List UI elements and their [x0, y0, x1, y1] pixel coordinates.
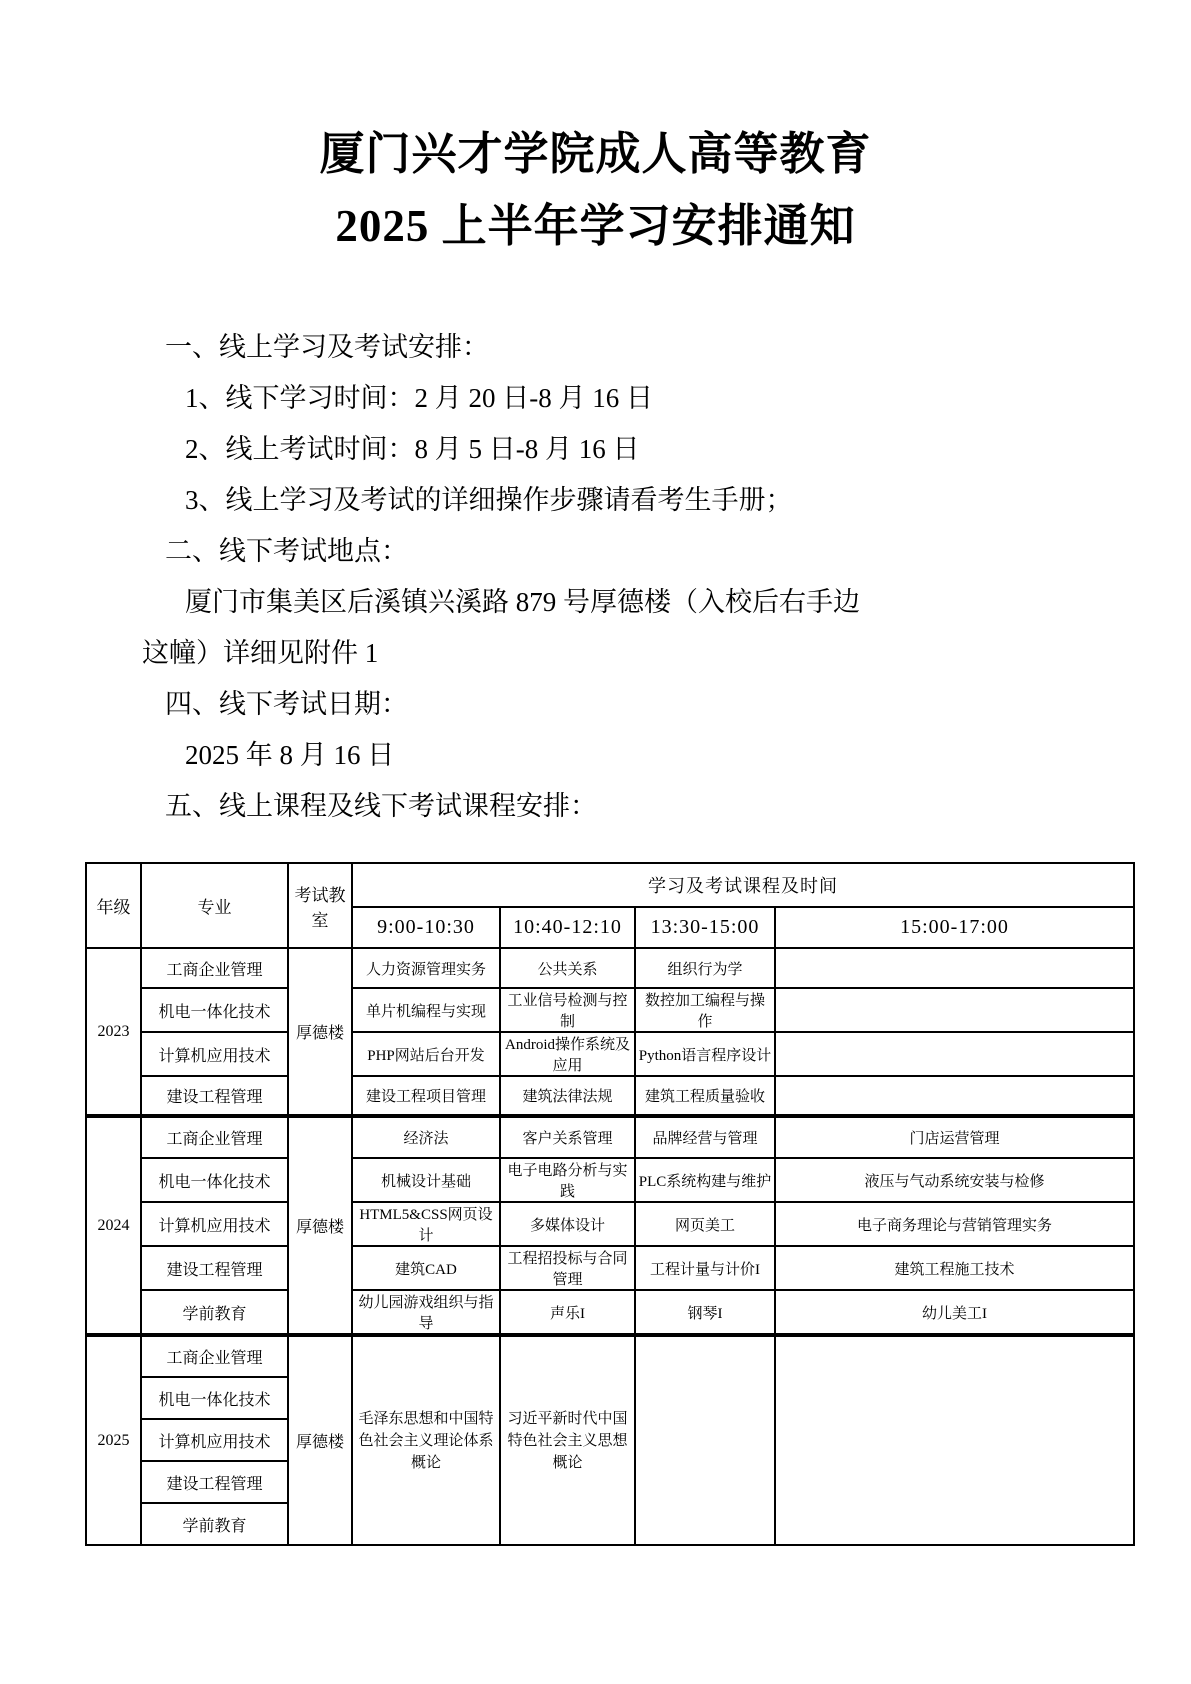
table-row: 机电一体化技术 机械设计基础 电子电路分析与实践 PLC系统构建与维护 液压与气… — [86, 1158, 1134, 1202]
major-cell: 机电一体化技术 — [141, 1377, 288, 1419]
table-row: 2025 工商企业管理 厚德楼 毛泽东思想和中国特色社会主义理论体系概论 习近平… — [86, 1335, 1134, 1377]
course-cell: 建筑工程施工技术 — [775, 1246, 1134, 1290]
col-header-time-2: 10:40-12:10 — [500, 907, 635, 948]
course-cell: 建筑工程质量验收 — [635, 1076, 775, 1116]
course-cell: 经济法 — [352, 1116, 500, 1158]
room-cell: 厚德楼 — [288, 1335, 352, 1545]
course-cell: HTML5&CSS网页设计 — [352, 1202, 500, 1246]
course-cell: 建筑法律法规 — [500, 1076, 635, 1116]
document-title: 厦门兴才学院成人高等教育 2025 上半年学习安排通知 — [0, 118, 1191, 262]
section-5-heading: 五、线上课程及线下考试课程安排： — [0, 781, 1191, 832]
course-cell: 品牌经营与管理 — [635, 1116, 775, 1158]
notice-body: 一、线上学习及考试安排： 1、线下学习时间：2 月 20 日-8 月 16 日 … — [0, 322, 1191, 832]
course-cell: 钢琴I — [635, 1290, 775, 1335]
course-cell: 建设工程项目管理 — [352, 1076, 500, 1116]
room-cell: 厚德楼 — [288, 1116, 352, 1335]
online-exam-time: 2、线上考试时间：8 月 5 日-8 月 16 日 — [0, 424, 1191, 475]
course-cell: 电子商务理论与营销管理实务 — [775, 1202, 1134, 1246]
course-cell — [775, 1335, 1134, 1545]
course-cell: 网页美工 — [635, 1202, 775, 1246]
course-cell — [635, 1335, 775, 1545]
col-header-time-4: 15:00-17:00 — [775, 907, 1134, 948]
col-header-year: 年级 — [86, 863, 141, 948]
room-cell: 厚德楼 — [288, 948, 352, 1116]
major-cell: 机电一体化技术 — [141, 988, 288, 1032]
course-cell: 单片机编程与实现 — [352, 988, 500, 1032]
course-cell: 幼儿园游戏组织与指导 — [352, 1290, 500, 1335]
exam-address-line-2: 这幢）详细见附件 1 — [0, 628, 1191, 679]
major-cell: 工商企业管理 — [141, 1335, 288, 1377]
course-cell: 多媒体设计 — [500, 1202, 635, 1246]
year-cell: 2025 — [86, 1335, 141, 1545]
course-cell: 声乐I — [500, 1290, 635, 1335]
course-cell: 数控加工编程与操作 — [635, 988, 775, 1032]
year-cell: 2023 — [86, 948, 141, 1116]
col-header-time-1: 9:00-10:30 — [352, 907, 500, 948]
course-cell — [775, 1032, 1134, 1076]
major-cell: 学前教育 — [141, 1503, 288, 1545]
course-cell: 建筑CAD — [352, 1246, 500, 1290]
major-cell: 建设工程管理 — [141, 1461, 288, 1503]
course-cell: 人力资源管理实务 — [352, 948, 500, 988]
section-1-heading: 一、线上学习及考试安排： — [0, 322, 1191, 373]
offline-study-time: 1、线下学习时间：2 月 20 日-8 月 16 日 — [0, 373, 1191, 424]
major-cell: 计算机应用技术 — [141, 1032, 288, 1076]
course-cell: 组织行为学 — [635, 948, 775, 988]
handbook-note: 3、线上学习及考试的详细操作步骤请看考生手册； — [0, 475, 1191, 526]
course-cell: 习近平新时代中国特色社会主义思想概论 — [500, 1335, 635, 1545]
col-header-room: 考试教室 — [288, 863, 352, 948]
course-cell: PHP网站后台开发 — [352, 1032, 500, 1076]
exam-address-line-1: 厦门市集美区后溪镇兴溪路 879 号厚德楼（入校后右手边 — [0, 577, 1191, 628]
course-cell: 公共关系 — [500, 948, 635, 988]
course-cell — [775, 1076, 1134, 1116]
table-row: 计算机应用技术 PHP网站后台开发 Android操作系统及应用 Python语… — [86, 1032, 1134, 1076]
course-cell: PLC系统构建与维护 — [635, 1158, 775, 1202]
table-row: 2024 工商企业管理 厚德楼 经济法 客户关系管理 品牌经营与管理 门店运营管… — [86, 1116, 1134, 1158]
major-cell: 计算机应用技术 — [141, 1202, 288, 1246]
course-cell — [775, 988, 1134, 1032]
col-header-time-3: 13:30-15:00 — [635, 907, 775, 948]
course-cell: 工程招投标与合同管理 — [500, 1246, 635, 1290]
table-row: 建设工程管理 建设工程项目管理 建筑法律法规 建筑工程质量验收 — [86, 1076, 1134, 1116]
course-cell: Android操作系统及应用 — [500, 1032, 635, 1076]
title-line-1: 厦门兴才学院成人高等教育 — [0, 118, 1191, 190]
major-cell: 机电一体化技术 — [141, 1158, 288, 1202]
major-cell: 学前教育 — [141, 1290, 288, 1335]
major-cell: 工商企业管理 — [141, 948, 288, 988]
course-cell: 电子电路分析与实践 — [500, 1158, 635, 1202]
course-schedule-table: 年级 专业 考试教室 学习及考试课程及时间 9:00-10:30 10:40-1… — [85, 862, 1135, 1546]
major-cell: 建设工程管理 — [141, 1076, 288, 1116]
course-cell: 毛泽东思想和中国特色社会主义理论体系概论 — [352, 1335, 500, 1545]
col-header-courses-span: 学习及考试课程及时间 — [352, 863, 1134, 907]
table-row: 计算机应用技术 HTML5&CSS网页设计 多媒体设计 网页美工 电子商务理论与… — [86, 1202, 1134, 1246]
course-cell: 液压与气动系统安装与检修 — [775, 1158, 1134, 1202]
title-line-2: 2025 上半年学习安排通知 — [0, 190, 1191, 262]
course-cell — [775, 948, 1134, 988]
course-cell: 客户关系管理 — [500, 1116, 635, 1158]
table-row: 建设工程管理 建筑CAD 工程招投标与合同管理 工程计量与计价I 建筑工程施工技… — [86, 1246, 1134, 1290]
major-cell: 建设工程管理 — [141, 1246, 288, 1290]
course-cell: 工业信号检测与控制 — [500, 988, 635, 1032]
year-cell: 2024 — [86, 1116, 141, 1335]
document-page: 厦门兴才学院成人高等教育 2025 上半年学习安排通知 一、线上学习及考试安排：… — [0, 0, 1191, 1684]
course-cell: Python语言程序设计 — [635, 1032, 775, 1076]
table-row: 学前教育 幼儿园游戏组织与指导 声乐I 钢琴I 幼儿美工I — [86, 1290, 1134, 1335]
table-row: 2023 工商企业管理 厚德楼 人力资源管理实务 公共关系 组织行为学 — [86, 948, 1134, 988]
course-cell: 幼儿美工I — [775, 1290, 1134, 1335]
offline-exam-date: 2025 年 8 月 16 日 — [0, 730, 1191, 781]
section-4-heading: 四、线下考试日期： — [0, 679, 1191, 730]
major-cell: 工商企业管理 — [141, 1116, 288, 1158]
col-header-major: 专业 — [141, 863, 288, 948]
table-header-row-1: 年级 专业 考试教室 学习及考试课程及时间 — [86, 863, 1134, 907]
table-row: 机电一体化技术 单片机编程与实现 工业信号检测与控制 数控加工编程与操作 — [86, 988, 1134, 1032]
course-cell: 工程计量与计价I — [635, 1246, 775, 1290]
major-cell: 计算机应用技术 — [141, 1419, 288, 1461]
section-2-heading: 二、线下考试地点： — [0, 526, 1191, 577]
course-cell: 机械设计基础 — [352, 1158, 500, 1202]
course-cell: 门店运营管理 — [775, 1116, 1134, 1158]
